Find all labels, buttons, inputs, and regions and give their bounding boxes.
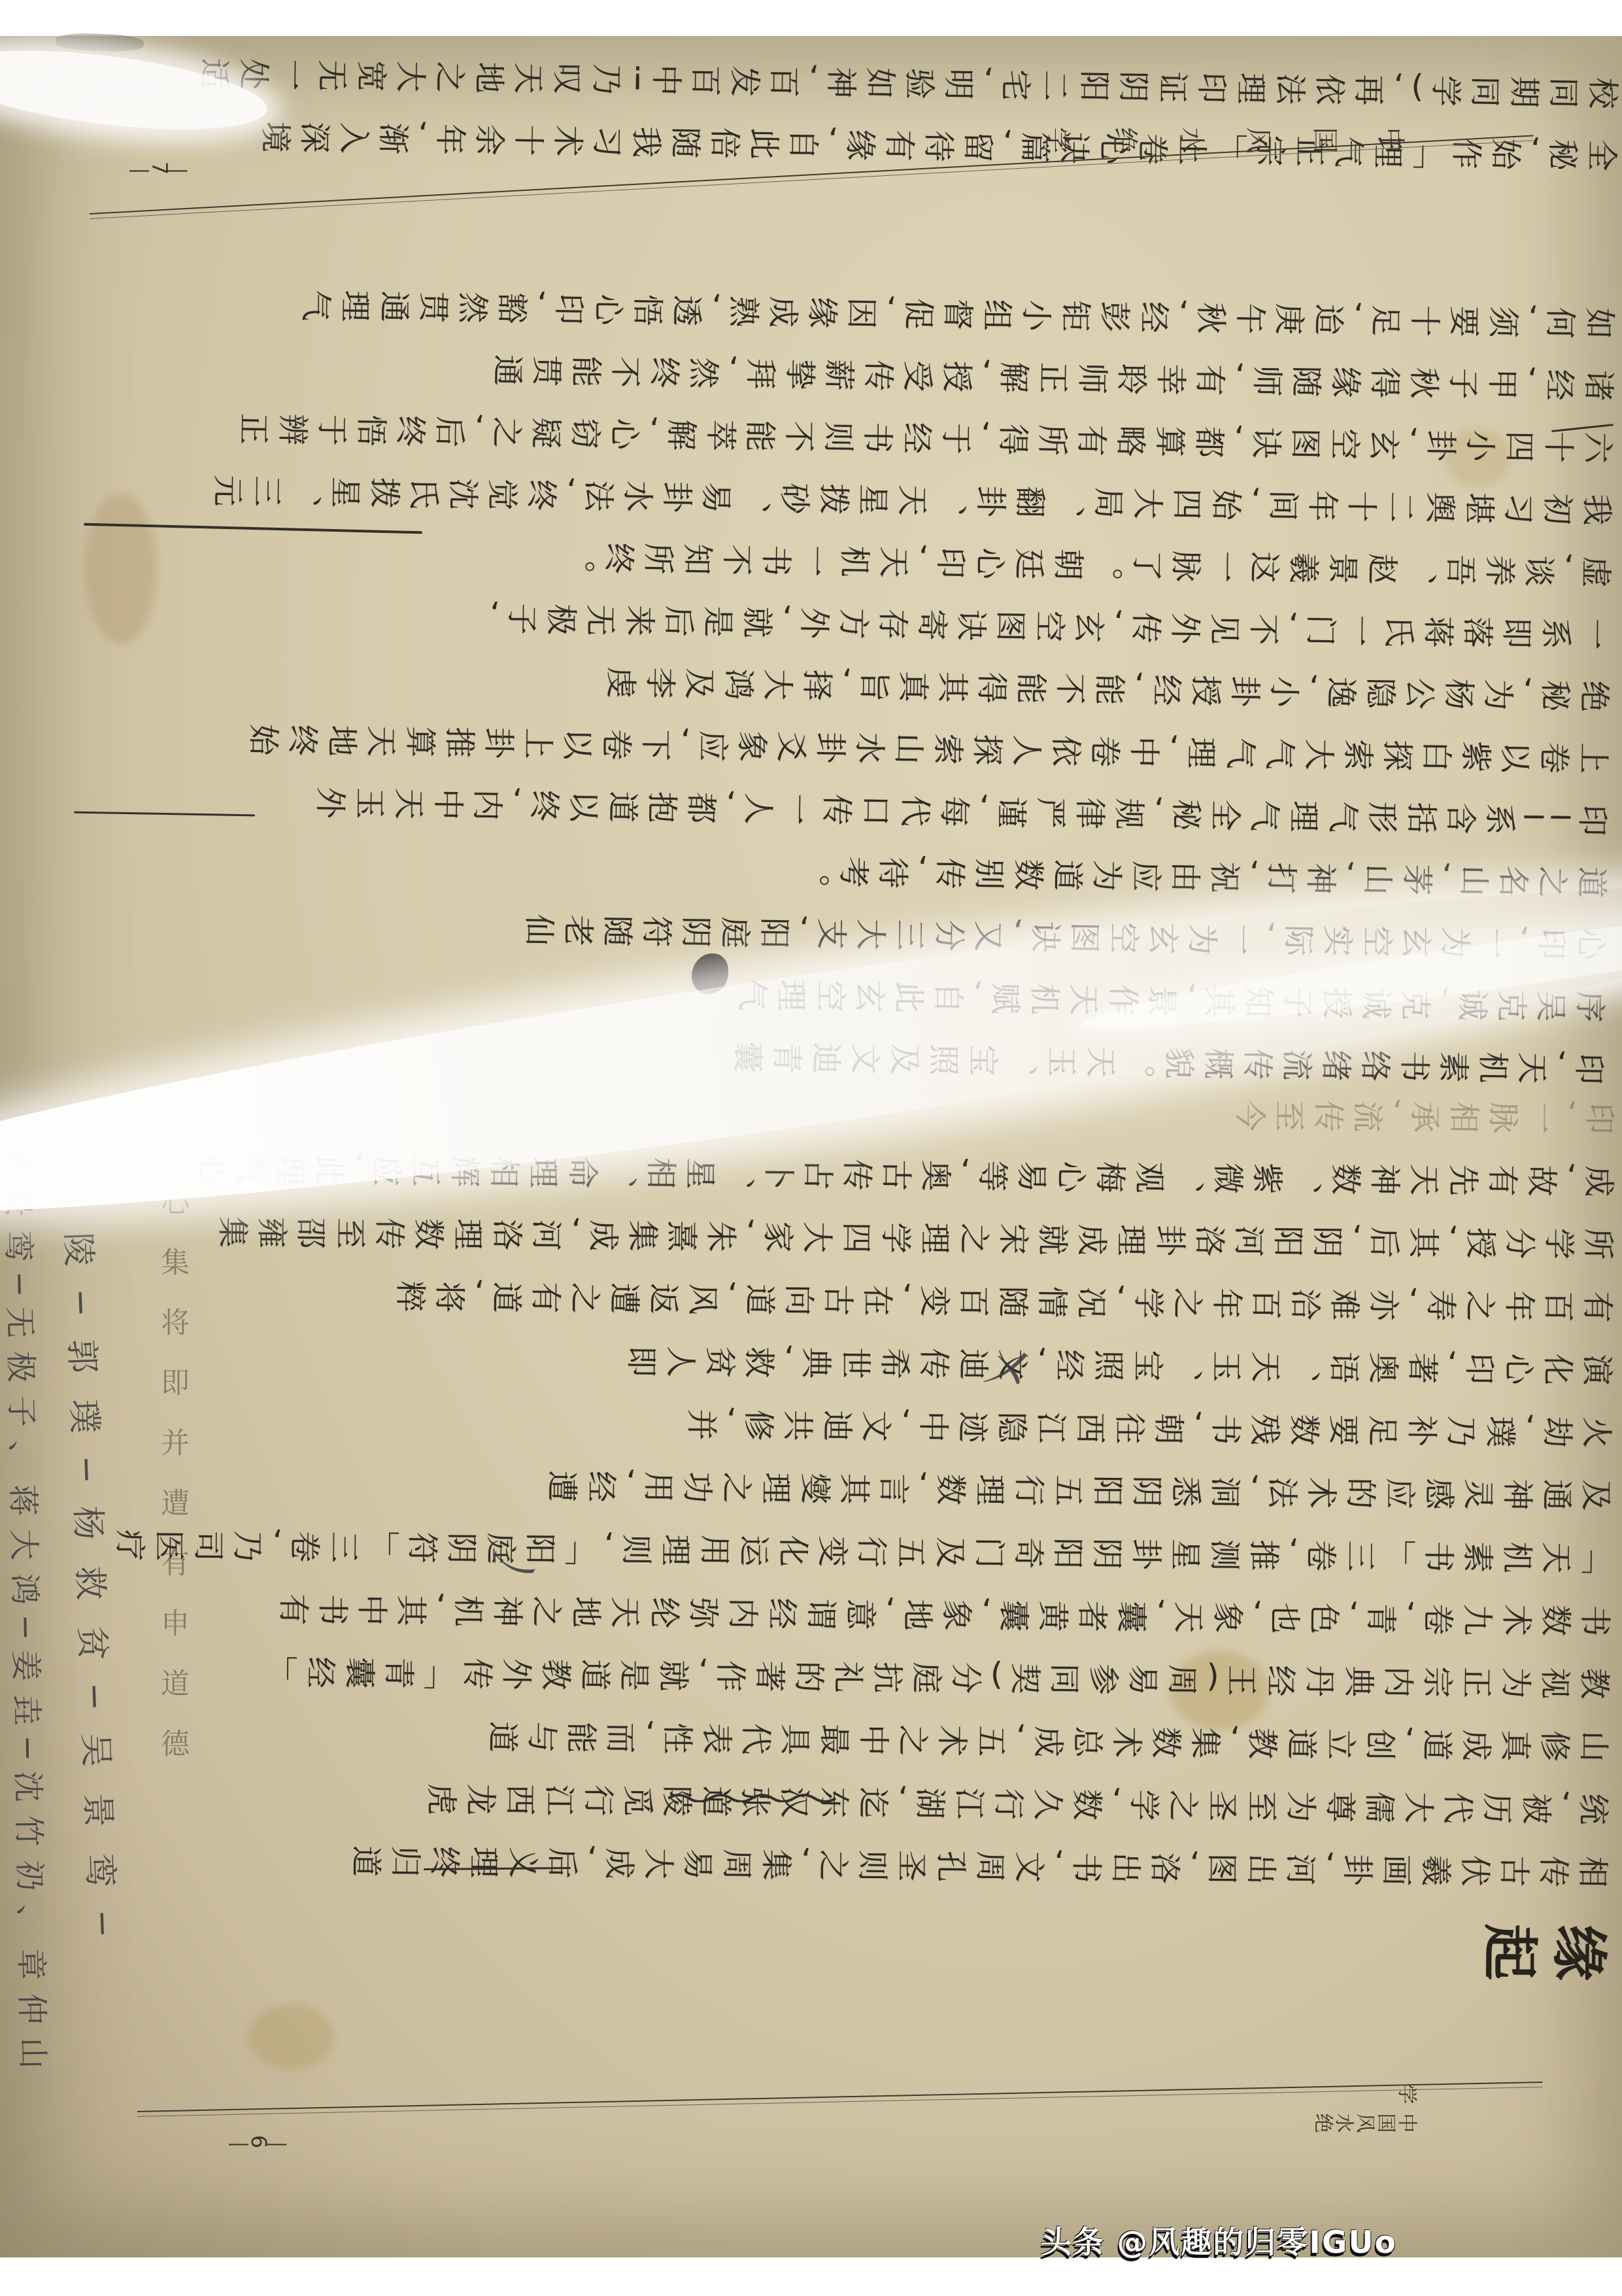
watermark-handle: @风趣的归零IGUo xyxy=(1117,2225,1397,2261)
text-column: 有百年之寿,亦难洽百年之学,况情随百变,在古向道,风返遭之有道,将粹 xyxy=(78,1262,1615,1339)
text-column: 缘起 xyxy=(71,1890,1609,2076)
text-column: 相传古伏羲画卦,河出图,洛出书,文周孔圣则之,集周易大成,后义理终归道 xyxy=(73,1827,1610,1904)
text-column: 演化心印,著奥语、天玉、宝照经,文迪传希世典,救贫人即 xyxy=(77,1325,1614,1401)
watermark-platform: 头条 xyxy=(1041,2225,1105,2261)
text-column: 山修真成道,创立道教,集数术总成,五术之中最具代表性,而能与道 xyxy=(74,1702,1611,1778)
annotation-wavy-underline xyxy=(668,1792,838,1802)
page-number-digit: 7 xyxy=(147,162,172,177)
text-column: 统,被历代大儒尊为至圣之学,数久行江湖,迄东汉张道陵觅行江西龙虎 xyxy=(73,1764,1610,1841)
text-column: 教视为正宗内典丹经王(周易参同契)分庭抗礼的著作,就是道教外传「青囊经」 xyxy=(75,1639,1612,1715)
running-head-bottom: 中国风水绝学 xyxy=(1297,2105,1418,2135)
bottom-white-strip xyxy=(0,2257,1622,2296)
watermark: 头条 @风趣的归零IGUo xyxy=(1041,2218,1397,2262)
text-column: 所学分授,其后,阴阳河洛卦理成就宋之理学四大家,朱熹集成,河洛理数传至邵雍集 xyxy=(78,1199,1615,1276)
text-column: 火劫,璞乃补足要数残书,朝往西江隐迹中,文迪共修,并 xyxy=(76,1388,1614,1464)
page-bottom-text: 缘起相传古伏羲画卦,河出图,洛出书,文周孔圣则之,集周易大成,后义理终归道统,被… xyxy=(71,1200,1615,2076)
faint-vertical-caption: 心集将即并遭有申道德 xyxy=(151,1187,193,1841)
page-number-bottom: ―6― xyxy=(229,2131,289,2155)
screenshot-root: 印,天机素书络绪流传概貌。天玉、宝照及文迪青囊序吴克诚,克诚授子知其,景作天机赋… xyxy=(0,0,1622,2296)
page-number-digit: 6 xyxy=(246,2135,271,2151)
page-number-top: ―7― xyxy=(129,157,190,182)
running-head-top: 中国风水绝学 xyxy=(1000,124,1406,157)
